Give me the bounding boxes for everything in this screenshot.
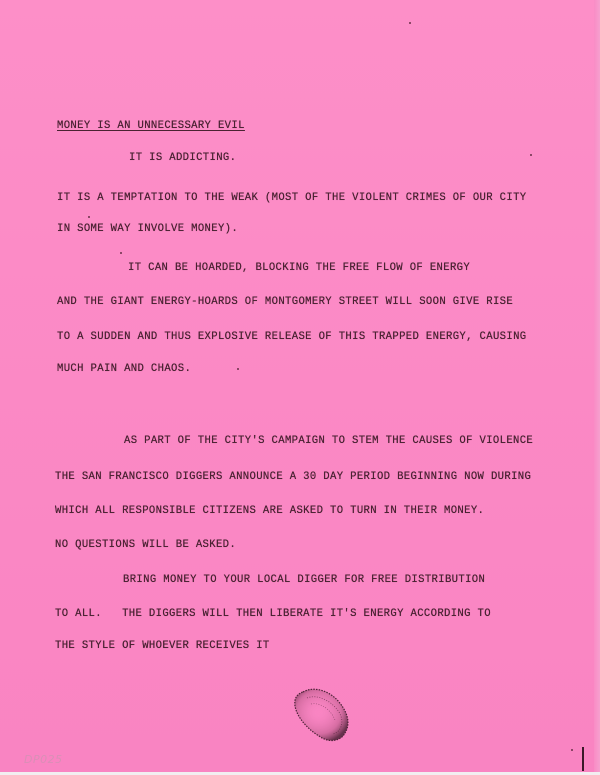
ink-speck [409,22,411,24]
text-line: AND THE GIANT ENERGY-HOARDS OF MONTGOMER… [57,297,513,308]
fingerprint-icon [293,686,353,743]
document-title: MONEY IS AN UNNECESSARY EVIL [57,121,245,132]
text-line: MUCH PAIN AND CHAOS. [57,364,191,375]
archive-mark: DP025 [24,753,63,766]
ink-speck [530,154,532,156]
text-line: WHICH ALL RESPONSIBLE CITIZENS ARE ASKED… [55,506,484,517]
text-line: THE SAN FRANCISCO DIGGERS ANNOUNCE A 30 … [55,472,531,483]
text-line: TO A SUDDEN AND THUS EXPLOSIVE RELEASE O… [57,332,527,343]
text-line: AS PART OF THE CITY'S CAMPAIGN TO STEM T… [124,436,533,447]
page-edge-right [594,0,600,775]
text-line: THE STYLE OF WHOEVER RECEIVES IT [55,641,270,652]
text-line: IT IS ADDICTING. [129,153,236,164]
text-line: IT CAN BE HOARDED, BLOCKING THE FREE FLO… [128,263,470,274]
text-line: BRING MONEY TO YOUR LOCAL DIGGER FOR FRE… [123,575,485,586]
text-line: IT IS A TEMPTATION TO THE WEAK (MOST OF … [57,193,527,204]
ink-speck [237,368,239,370]
text-line: TO ALL. THE DIGGERS WILL THEN LIBERATE I… [55,609,491,620]
text-line: IN SOME WAY INVOLVE MONEY). [57,224,238,235]
document-page: MONEY IS AN UNNECESSARY EVIL IT IS ADDIC… [0,0,600,775]
ink-speck [120,252,122,254]
text-line: NO QUESTIONS WILL BE ASKED. [55,540,236,551]
margin-mark [582,747,584,771]
ink-speck [88,216,90,218]
ink-speck [571,749,573,751]
